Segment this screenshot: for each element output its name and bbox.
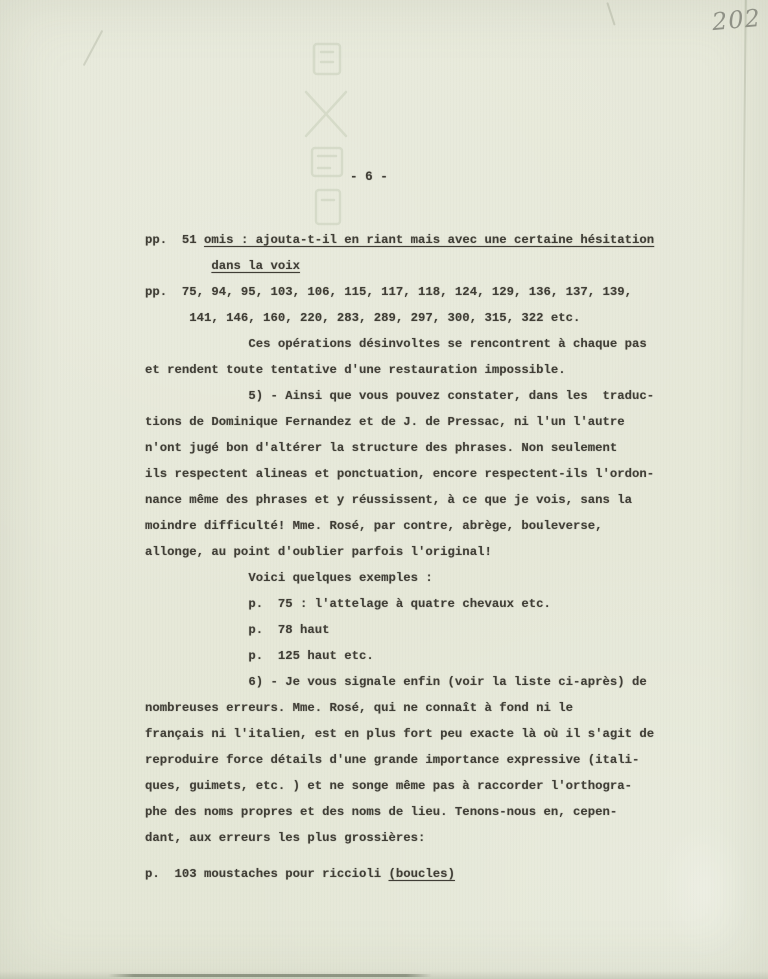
document-line: p. 78 haut (145, 617, 705, 643)
underlined-text: omis : ajouta-t-il en riant mais avec un… (204, 233, 654, 247)
document-line: Ces opérations désinvoltes se rencontren… (145, 331, 705, 357)
handwritten-page-number: 202 (711, 4, 762, 36)
text-segment: phe des noms propres et des noms de lieu… (145, 805, 617, 819)
document-line: ques, guimets, etc. ) et ne songe même p… (145, 773, 705, 799)
text-segment: reproduire force détails d'une grande im… (145, 753, 639, 767)
paper-crease-right (739, 0, 747, 540)
document-line: p. 75 : l'attelage à quatre chevaux etc. (145, 591, 705, 617)
text-segment: 141, 146, 160, 220, 283, 289, 297, 300, … (189, 311, 580, 325)
document-line: 141, 146, 160, 220, 283, 289, 297, 300, … (145, 305, 705, 331)
page-number-header: - 6 - (350, 170, 388, 184)
document-line: dans la voix (145, 253, 705, 279)
document-line: tions de Dominique Fernandez et de J. de… (145, 409, 705, 435)
paper-crease-top-middle (606, 2, 615, 25)
underlined-text: dans la voix (211, 259, 300, 273)
document-line: reproduire force détails d'une grande im… (145, 747, 705, 773)
text-segment: et rendent toute tentative d'une restaur… (145, 363, 566, 377)
text-segment: moindre difficulté! Mme. Rosé, par contr… (145, 519, 603, 533)
document-line: nombreuses erreurs. Mme. Rosé, qui ne co… (145, 695, 705, 721)
document-line: moindre difficulté! Mme. Rosé, par contr… (145, 513, 705, 539)
scan-edge-shadow (108, 974, 432, 977)
document-line: français ni l'italien, est en plus fort … (145, 721, 705, 747)
document-line: pp. 75, 94, 95, 103, 106, 115, 117, 118,… (145, 279, 705, 305)
text-segment: n'ont jugé bon d'altérer la structure de… (145, 441, 617, 455)
watermark-icon (294, 40, 360, 240)
document-text: pp. 51 omis : ajouta-t-il en riant mais … (145, 227, 705, 887)
text-segment: dant, aux erreurs les plus grossières: (145, 831, 425, 845)
text-segment: 6) - Je vous signale enfin (voir la list… (248, 675, 646, 689)
text-segment: Ces opérations désinvoltes se rencontren… (248, 337, 646, 351)
document-line: p. 103 moustaches pour riccioli (boucles… (145, 861, 705, 887)
document-line: Voici quelques exemples : (145, 565, 705, 591)
document-line: phe des noms propres et des noms de lieu… (145, 799, 705, 825)
document-line: p. 125 haut etc. (145, 643, 705, 669)
text-segment: p. 78 haut (248, 623, 329, 637)
document-line: n'ont jugé bon d'altérer la structure de… (145, 435, 705, 461)
text-segment: ques, guimets, etc. ) et ne songe même p… (145, 779, 632, 793)
text-segment: p. 103 moustaches pour riccioli (145, 867, 389, 881)
document-line: pp. 51 omis : ajouta-t-il en riant mais … (145, 227, 705, 253)
text-segment: nombreuses erreurs. Mme. Rosé, qui ne co… (145, 701, 573, 715)
text-segment: p. 75 : l'attelage à quatre chevaux etc. (248, 597, 551, 611)
text-segment: 5) - Ainsi que vous pouvez constater, da… (248, 389, 654, 403)
paper-crease-top-left (83, 30, 104, 66)
document-line: 5) - Ainsi que vous pouvez constater, da… (145, 383, 705, 409)
document-line: et rendent toute tentative d'une restaur… (145, 357, 705, 383)
document-line: 6) - Je vous signale enfin (voir la list… (145, 669, 705, 695)
text-segment: Voici quelques exemples : (248, 571, 432, 585)
underlined-text: (boucles) (389, 867, 455, 881)
document-line: allonge, au point d'oublier parfois l'or… (145, 539, 705, 565)
text-segment: tions de Dominique Fernandez et de J. de… (145, 415, 625, 429)
text-segment: français ni l'italien, est en plus fort … (145, 727, 654, 741)
text-segment: pp. 75, 94, 95, 103, 106, 115, 117, 118,… (145, 285, 632, 299)
text-segment: nance même des phrases et y réussissent,… (145, 493, 632, 507)
document-page: 202 - 6 - pp. 51 omis : ajouta-t-il en r… (0, 0, 768, 979)
document-line: ils respectent alineas et ponctuation, e… (145, 461, 705, 487)
text-segment: p. 125 haut etc. (248, 649, 373, 663)
text-segment: ils respectent alineas et ponctuation, e… (145, 467, 654, 481)
document-line: dant, aux erreurs les plus grossières: (145, 825, 705, 851)
document-line: nance même des phrases et y réussissent,… (145, 487, 705, 513)
text-segment: pp. 51 (145, 233, 204, 247)
text-segment: allonge, au point d'oublier parfois l'or… (145, 545, 492, 559)
